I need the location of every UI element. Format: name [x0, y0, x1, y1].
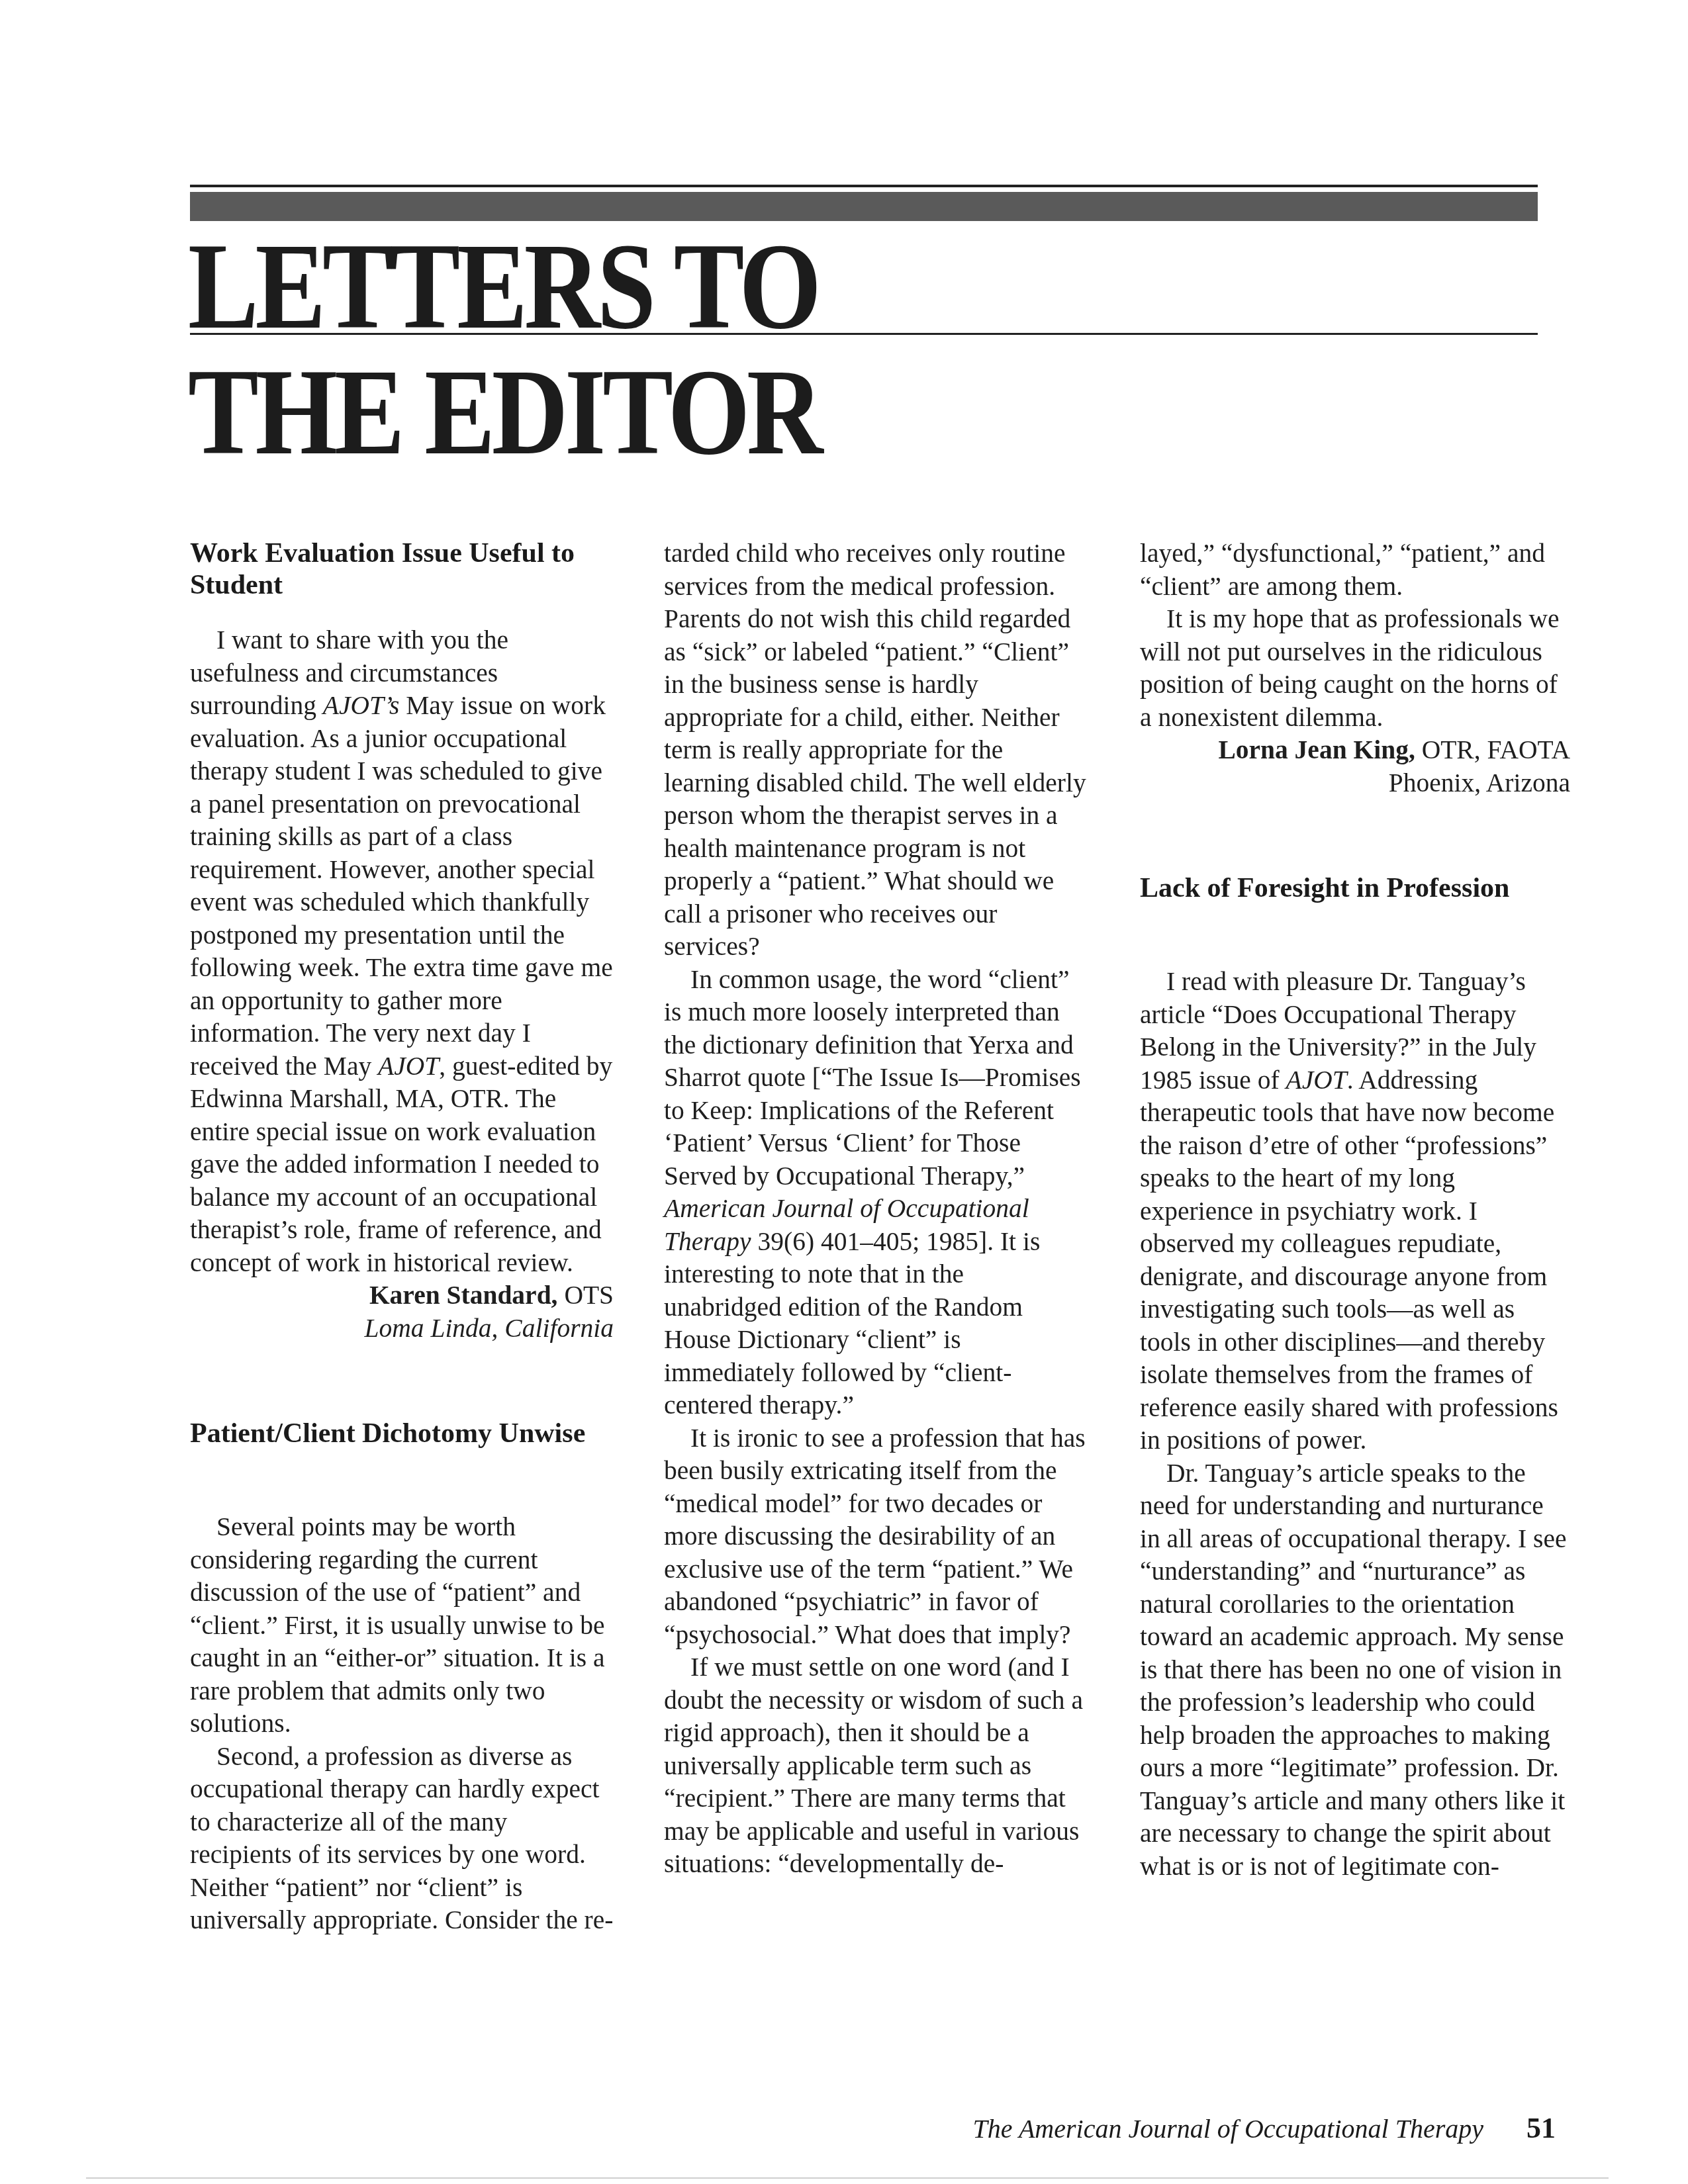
letter-spacer [1140, 799, 1570, 872]
title-divider-rule [190, 333, 1538, 335]
bottom-scan-edge [86, 2177, 1609, 2179]
header-gray-bar [190, 192, 1538, 221]
letter-paragraph: Several points may be worth considering … [190, 1511, 614, 1741]
paragraph-text: In common usage, the word “client” is mu… [664, 965, 1081, 1191]
paragraph-text: If we must settle on one word (and I dou… [664, 1653, 1083, 1878]
paragraph-text: It is my hope that as professionals we w… [1140, 604, 1559, 732]
letter-paragraph: It is ironic to see a profession that ha… [664, 1422, 1088, 1652]
page-footer: The American Journal of Occupational The… [973, 2111, 1556, 2145]
letter-paragraph: I read with pleasure Dr. Tanguay’s artic… [1140, 966, 1570, 1457]
paragraph-text: Dr. Tanguay’s article speaks to the need… [1140, 1459, 1567, 1881]
top-rule [190, 185, 1538, 187]
author-name: Lorna Jean King, [1218, 735, 1415, 764]
paragraph-text: Several points may be worth considering … [190, 1512, 605, 1738]
paragraph-text: tarded child who receives only routine s… [664, 539, 1086, 961]
author-name: Karen Standard, [369, 1281, 558, 1310]
letter-spacer [190, 1345, 614, 1418]
letter-paragraph: layed,” “dysfunctional,” “patient,” and … [1140, 537, 1570, 603]
title-spacer [190, 1473, 614, 1511]
page-number: 51 [1526, 2112, 1556, 2144]
journal-name: The American Journal of Occupational The… [973, 2114, 1483, 2144]
text-column-1: Work Evaluation Issue Useful to StudentI… [190, 537, 614, 1937]
text-column-3: layed,” “dysfunctional,” “patient,” and … [1140, 537, 1570, 1883]
letter-signature: Lorna Jean King, OTR, FAOTAPhoenix, Ariz… [1140, 734, 1570, 799]
text-column-2: tarded child who receives only routine s… [664, 537, 1088, 1881]
section-title-line-2: THE EDITOR [188, 351, 820, 474]
paragraph-text: , guest-edited by Edwinna Marshall, MA, … [190, 1052, 612, 1277]
letter-paragraph: tarded child who receives only routine s… [664, 537, 1088, 964]
letter-title: Lack of Foresight in Profession [1140, 872, 1570, 904]
paragraph-text: It is ironic to see a profession that ha… [664, 1424, 1086, 1649]
letter-paragraph: In common usage, the word “client” is mu… [664, 964, 1088, 1422]
author-credentials: OTR, FAOTA [1415, 735, 1570, 764]
italic-citation: AJOT [378, 1052, 439, 1081]
letter-paragraph: Second, a profession as diverse as occup… [190, 1741, 614, 1937]
letter-signature: Karen Standard, OTSLoma Linda, Californi… [190, 1279, 614, 1345]
letter-title: Work Evaluation Issue Useful to Student [190, 537, 614, 601]
italic-citation: AJOT [1286, 1066, 1347, 1095]
paragraph-text: . Addressing therapeutic tools that have… [1140, 1066, 1558, 1455]
paragraph-text: layed,” “dysfunctional,” “patient,” and … [1140, 539, 1545, 601]
letter-paragraph: I want to share with you the usefulness … [190, 624, 614, 1279]
title-spacer [1140, 927, 1570, 966]
section-title-line-1: LETTERS TO [188, 225, 818, 348]
letter-paragraph: If we must settle on one word (and I dou… [664, 1651, 1088, 1881]
paragraph-text: May issue on work evaluation. As a junio… [190, 691, 613, 1081]
paragraph-text: Second, a profession as diverse as occup… [190, 1742, 613, 1935]
letter-paragraph: Dr. Tanguay’s article speaks to the need… [1140, 1457, 1570, 1884]
letter-title: Patient/Client Dichotomy Unwise [190, 1418, 614, 1449]
author-location: Phoenix, Arizona [1140, 767, 1570, 800]
author-credentials: OTS [558, 1281, 614, 1310]
author-location: Loma Linda, California [190, 1312, 614, 1345]
letter-paragraph: It is my hope that as professionals we w… [1140, 603, 1570, 734]
italic-citation: AJOT’s [323, 691, 400, 720]
